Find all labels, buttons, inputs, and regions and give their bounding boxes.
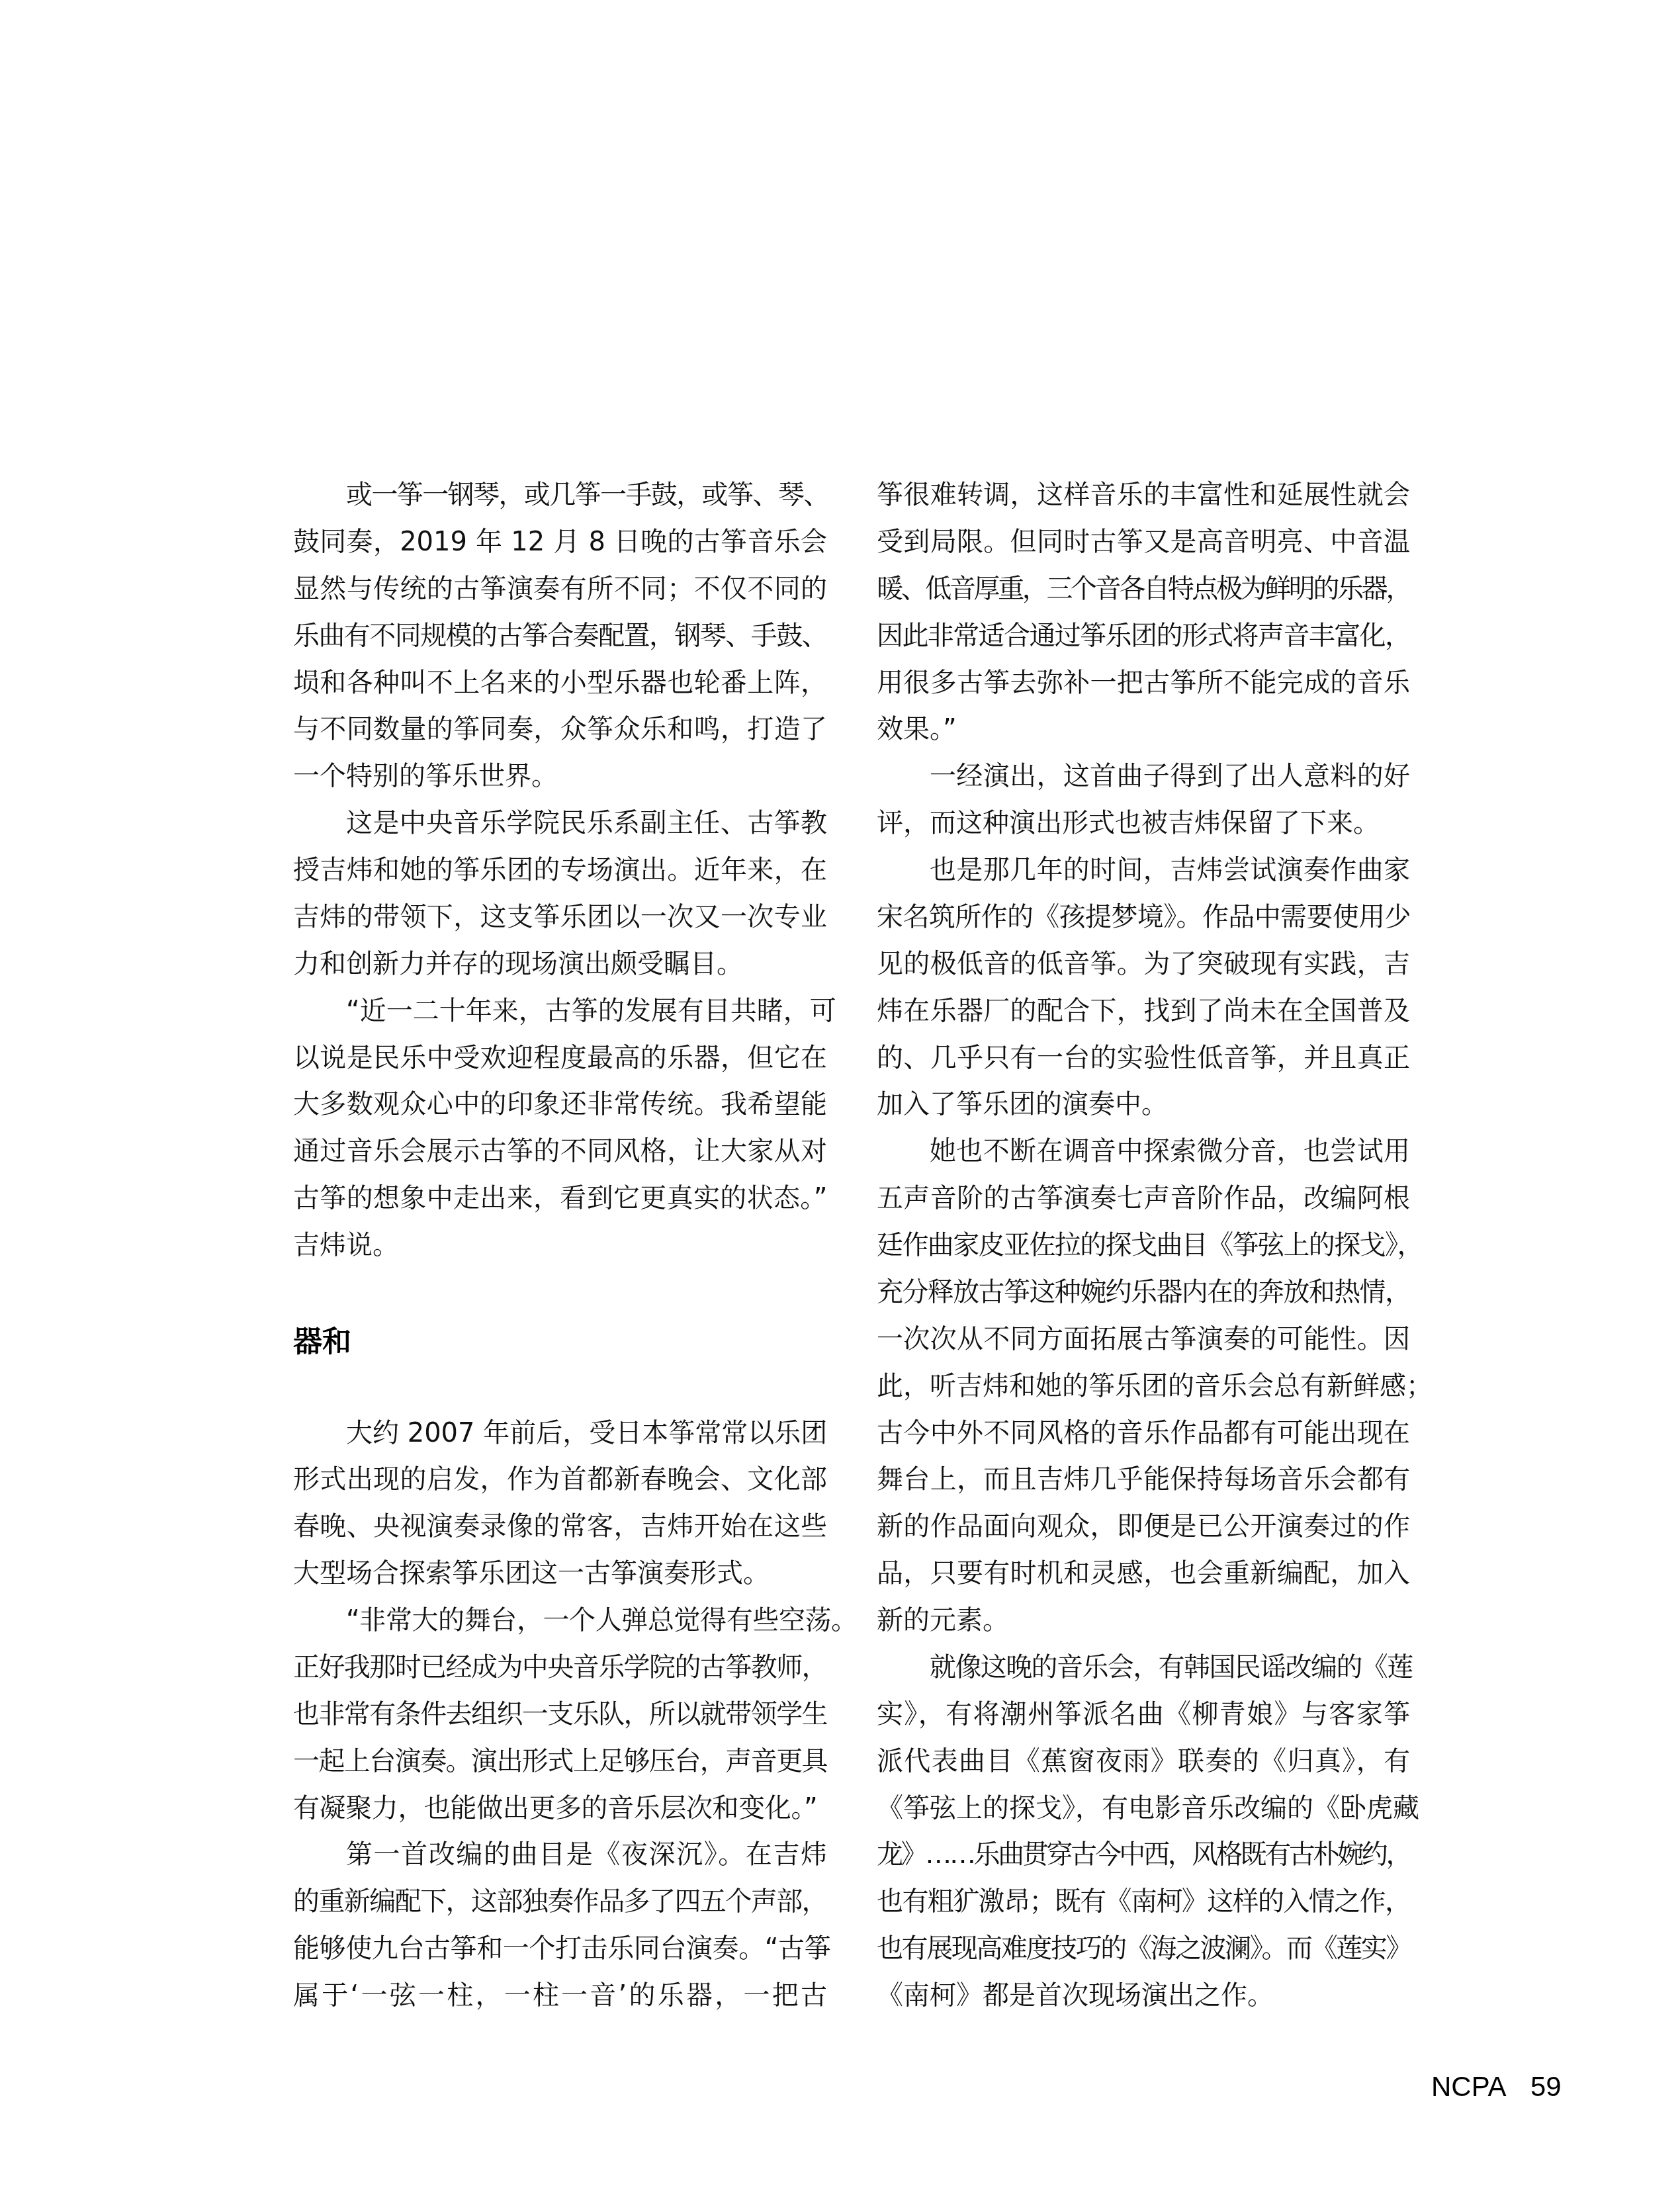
text-line: 通过音乐会展示古筝的不同风格，让大家从对 xyxy=(293,1128,827,1175)
text-line: 新的作品面向观众，即便是已公开演奏过的作 xyxy=(877,1503,1410,1550)
text-line: 暖、低音厚重，三个音各自特点极为鲜明的乐器， xyxy=(877,566,1410,613)
text-line: 《南柯》都是首次现场演出之作。 xyxy=(877,1972,1410,2019)
right-column: 筝很难转调，这样音乐的丰富性和延展性就会 受到局限。但同时古筝又是高音明亮、中音… xyxy=(877,472,1410,2019)
blank-line xyxy=(293,1269,827,1316)
paragraph: 她也不断在调音中探索微分音，也尝试用 五声音阶的古筝演奏七声音阶作品，改编阿根 … xyxy=(877,1128,1410,1644)
text-line: 一个特别的筝乐世界。 xyxy=(293,753,827,800)
text-line: 一起上台演奏。演出形式上足够压台，声音更具 xyxy=(293,1738,827,1785)
text-line: 也有展现高难度技巧的《海之波澜》。而《莲实》 xyxy=(877,1925,1410,1972)
text-line: 廷作曲家皮亚佐拉的探戈曲目《筝弦上的探戈》， xyxy=(877,1222,1410,1269)
text-line: 有凝聚力，也能做出更多的音乐层次和变化。” xyxy=(293,1785,827,1832)
text-line: 加入了筝乐团的演奏中。 xyxy=(877,1081,1410,1128)
text-line: 舞台上，而且吉炜几乎能保持每场音乐会都有 xyxy=(877,1456,1410,1503)
blank-line xyxy=(293,1363,827,1410)
text-line: 埙和各种叫不上名来的小型乐器也轮番上阵， xyxy=(293,660,827,707)
text-line: 的重新编配下，这部独奏作品多了四五个声部， xyxy=(293,1878,827,1925)
text-line: 充分释放古筝这种婉约乐器内在的奔放和热情， xyxy=(877,1269,1410,1316)
text-line: 派代表曲目《蕉窗夜雨》联奏的《归真》，有 xyxy=(877,1738,1410,1785)
text-line: 大约 2007 年前后，受日本筝常常以乐团 xyxy=(293,1410,827,1457)
text-line: 形式出现的启发，作为首都新春晚会、文化部 xyxy=(293,1456,827,1503)
text-line: 与不同数量的筝同奏，众筝众乐和鸣，打造了 xyxy=(293,706,827,753)
text-line: 也非常有条件去组织一支乐队，所以就带领学生 xyxy=(293,1691,827,1738)
paragraph: 一经演出，这首曲子得到了出人意料的好 评，而这种演出形式也被吉炜保留了下来。 xyxy=(877,753,1410,847)
text-line: 也有粗犷激昂；既有《南柯》这样的入情之作， xyxy=(877,1878,1410,1925)
paragraph: 也是那几年的时间，吉炜尝试演奏作曲家 宋名筑所作的《孩提梦境》。作品中需要使用少… xyxy=(877,847,1410,1128)
text-line: 她也不断在调音中探索微分音，也尝试用 xyxy=(877,1128,1410,1175)
text-line: “近一二十年来，古筝的发展有目共睹，可 xyxy=(293,988,827,1035)
text-line: 古今中外不同风格的音乐作品都有可能出现在 xyxy=(877,1410,1410,1457)
text-line: 一次次从不同方面拓展古筝演奏的可能性。因 xyxy=(877,1316,1410,1363)
text-line: 第一首改编的曲目是《夜深沉》。在吉炜 xyxy=(293,1831,827,1878)
text-line: 筝很难转调，这样音乐的丰富性和延展性就会 xyxy=(877,472,1410,519)
text-line: 授吉炜和她的筝乐团的专场演出。近年来，在 xyxy=(293,847,827,894)
text-line: 鼓同奏，2019 年 12 月 8 日晚的古筝音乐会 xyxy=(293,519,827,566)
text-line: 显然与传统的古筝演奏有所不同；不仅不同的 xyxy=(293,566,827,613)
text-line: 此，听吉炜和她的筝乐团的音乐会总有新鲜感； xyxy=(877,1363,1410,1410)
text-line: 五声音阶的古筝演奏七声音阶作品，改编阿根 xyxy=(877,1175,1410,1222)
text-line: 大多数观众心中的印象还非常传统。我希望能 xyxy=(293,1081,827,1128)
text-line: 吉炜的带领下，这支筝乐团以一次又一次专业 xyxy=(293,894,827,941)
text-line: 古筝的想象中走出来，看到它更真实的状态。” xyxy=(293,1175,827,1222)
text-line: 品，只要有时机和灵感，也会重新编配，加入 xyxy=(877,1550,1410,1597)
text-line: 大型场合探索筝乐团这一古筝演奏形式。 xyxy=(293,1550,827,1597)
paragraph: 筝很难转调，这样音乐的丰富性和延展性就会 受到局限。但同时古筝又是高音明亮、中音… xyxy=(877,472,1410,753)
paragraph: 这是中央音乐学院民乐系副主任、古筝教 授吉炜和她的筝乐团的专场演出。近年来，在 … xyxy=(293,800,827,988)
paragraph: 就像这晚的音乐会，有韩国民谣改编的《莲 实》，有将潮州筝派名曲《柳青娘》与客家筝… xyxy=(877,1644,1410,2019)
text-line: 受到局限。但同时古筝又是高音明亮、中音温 xyxy=(877,519,1410,566)
magazine-page: 或一筝一钢琴，或几筝一手鼓，或筝、琴、 鼓同奏，2019 年 12 月 8 日晚… xyxy=(0,0,1680,2188)
text-line: 正好我那时已经成为中央音乐学院的古筝教师， xyxy=(293,1644,827,1691)
text-line: 就像这晚的音乐会，有韩国民谣改编的《莲 xyxy=(877,1644,1410,1691)
publication-name: NCPA xyxy=(1431,2073,1507,2101)
paragraph: 第一首改编的曲目是《夜深沉》。在吉炜 的重新编配下，这部独奏作品多了四五个声部，… xyxy=(293,1831,827,2019)
text-line: 《筝弦上的探戈》，有电影音乐改编的《卧虎藏 xyxy=(877,1785,1410,1832)
text-line: 力和创新力并存的现场演出颇受瞩目。 xyxy=(293,941,827,988)
text-line: 效果。” xyxy=(877,706,1410,753)
left-column: 或一筝一钢琴，或几筝一手鼓，或筝、琴、 鼓同奏，2019 年 12 月 8 日晚… xyxy=(293,472,827,2019)
page-number: 59 xyxy=(1530,2073,1562,2101)
text-line: 因此非常适合通过筝乐团的形式将声音丰富化， xyxy=(877,613,1410,660)
text-line: 能够使九台古筝和一个打击乐同台演奏。“古筝 xyxy=(293,1925,827,1972)
text-line: 乐曲有不同规模的古筝合奏配置，钢琴、手鼓、 xyxy=(293,613,827,660)
text-line: 的、几乎只有一台的实验性低音筝，并且真正 xyxy=(877,1035,1410,1082)
text-line: 属于‘一弦一柱，一柱一音’的乐器，一把古 xyxy=(293,1972,827,2019)
text-line: 用很多古筝去弥补一把古筝所不能完成的音乐 xyxy=(877,660,1410,707)
text-line: 一经演出，这首曲子得到了出人意料的好 xyxy=(877,753,1410,800)
section-heading: 器和 xyxy=(293,1319,827,1366)
text-line: 见的极低音的低音筝。为了突破现有实践，吉 xyxy=(877,941,1410,988)
text-line: 龙》……乐曲贯穿古今中西，风格既有古朴婉约， xyxy=(877,1831,1410,1878)
text-line: 春晚、央视演奏录像的常客，吉炜开始在这些 xyxy=(293,1503,827,1550)
paragraph: “近一二十年来，古筝的发展有目共睹，可 以说是民乐中受欢迎程度最高的乐器，但它在… xyxy=(293,988,827,1269)
text-line: 评，而这种演出形式也被吉炜保留了下来。 xyxy=(877,800,1410,847)
text-line: 宋名筑所作的《孩提梦境》。作品中需要使用少 xyxy=(877,894,1410,941)
text-line: 炜在乐器厂的配合下，找到了尚未在全国普及 xyxy=(877,988,1410,1035)
text-line: 实》，有将潮州筝派名曲《柳青娘》与客家筝 xyxy=(877,1691,1410,1738)
paragraph: “非常大的舞台，一个人弹总觉得有些空荡。 正好我那时已经成为中央音乐学院的古筝教… xyxy=(293,1597,827,1831)
text-line: 也是那几年的时间，吉炜尝试演奏作曲家 xyxy=(877,847,1410,894)
text-line: 以说是民乐中受欢迎程度最高的乐器，但它在 xyxy=(293,1035,827,1082)
text-line: 或一筝一钢琴，或几筝一手鼓，或筝、琴、 xyxy=(293,472,827,519)
text-line: 吉炜说。 xyxy=(293,1222,827,1269)
paragraph: 大约 2007 年前后，受日本筝常常以乐团 形式出现的启发，作为首都新春晚会、文… xyxy=(293,1410,827,1598)
paragraph: 或一筝一钢琴，或几筝一手鼓，或筝、琴、 鼓同奏，2019 年 12 月 8 日晚… xyxy=(293,472,827,800)
text-line: 新的元素。 xyxy=(877,1597,1410,1644)
text-line: 这是中央音乐学院民乐系副主任、古筝教 xyxy=(293,800,827,847)
text-line: “非常大的舞台，一个人弹总觉得有些空荡。 xyxy=(293,1597,827,1644)
